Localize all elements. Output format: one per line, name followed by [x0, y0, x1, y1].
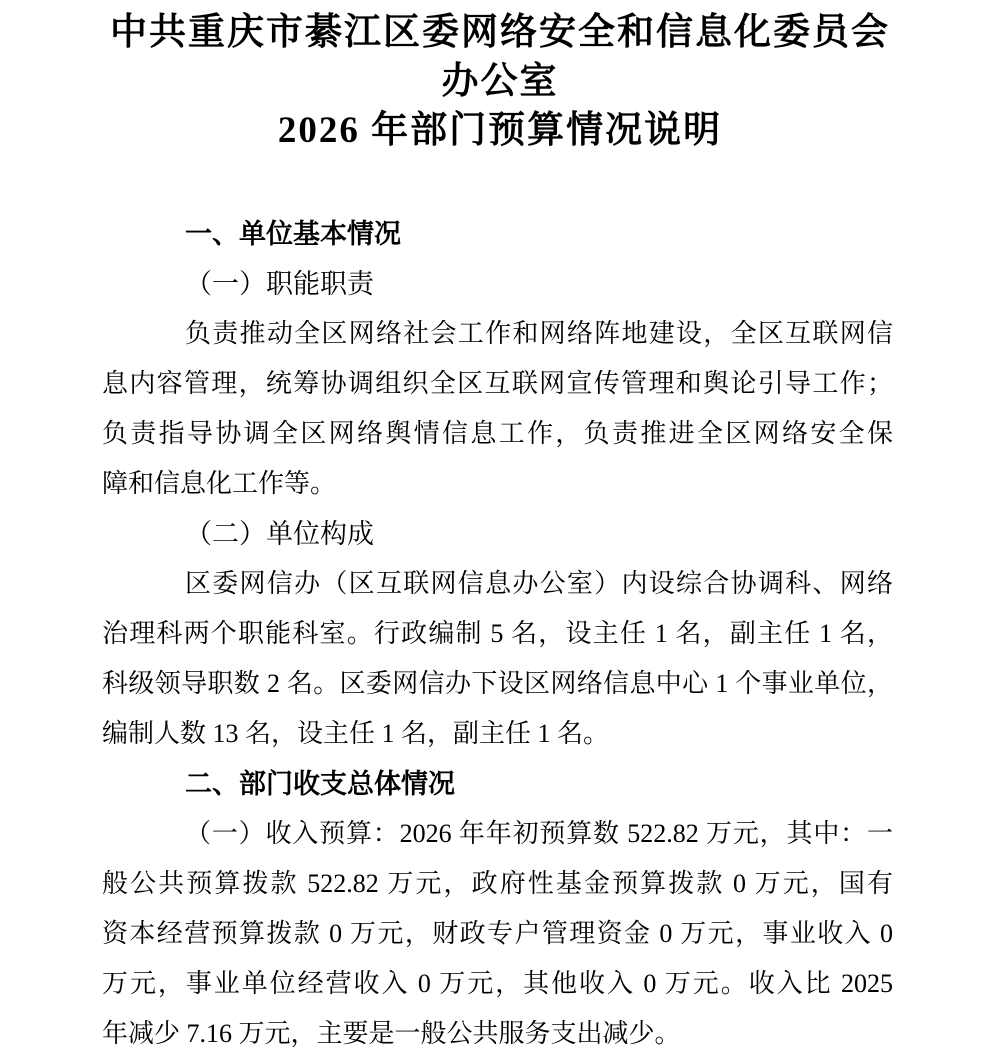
para-budget-line-2: 般公共预算拨款 522.82 万元，政府性基金预算拨款 0 万元，国有	[102, 859, 893, 909]
title-line-2: 办公室	[0, 57, 1000, 106]
heading-section-two: 二、部门收支总体情况	[102, 759, 893, 809]
document-body: 一、单位基本情况 （一）职能职责 负责推动全区网络社会工作和网络阵地建设，全区互…	[102, 209, 893, 1059]
subheading-duties: （一）职能职责	[102, 259, 893, 309]
para-composition-line-2: 治理科两个职能科室。行政编制 5 名，设主任 1 名，副主任 1 名，	[102, 609, 893, 659]
para-duties-line-2: 息内容管理，统筹协调组织全区互联网宣传管理和舆论引导工作；	[102, 359, 893, 409]
document-page: 中共重庆市綦江区委网络安全和信息化委员会 办公室 2026 年部门预算情况说明 …	[0, 0, 1000, 1063]
para-duties-line-1: 负责推动全区网络社会工作和网络阵地建设，全区互联网信	[102, 309, 893, 359]
para-composition-line-3: 科级领导职数 2 名。区委网信办下设区网络信息中心 1 个事业单位，	[102, 659, 893, 709]
para-budget-line-1: （一）收入预算：2026 年年初预算数 522.82 万元，其中：一	[102, 809, 893, 859]
para-budget-line-3: 资本经营预算拨款 0 万元，财政专户管理资金 0 万元，事业收入 0	[102, 909, 893, 959]
heading-section-one: 一、单位基本情况	[102, 209, 893, 259]
title-line-1: 中共重庆市綦江区委网络安全和信息化委员会	[0, 8, 1000, 57]
para-composition-line-4: 编制人数 13 名，设主任 1 名，副主任 1 名。	[102, 709, 893, 759]
para-duties-line-3: 负责指导协调全区网络舆情信息工作，负责推进全区网络安全保	[102, 409, 893, 459]
title-line-3: 2026 年部门预算情况说明	[0, 106, 1000, 155]
subheading-composition: （二）单位构成	[102, 509, 893, 559]
para-composition-line-1: 区委网信办（区互联网信息办公室）内设综合协调科、网络	[102, 559, 893, 609]
para-budget-line-5: 年减少 7.16 万元，主要是一般公共服务支出减少。	[102, 1009, 893, 1059]
document-title: 中共重庆市綦江区委网络安全和信息化委员会 办公室 2026 年部门预算情况说明	[0, 0, 1000, 155]
para-budget-line-4: 万元，事业单位经营收入 0 万元，其他收入 0 万元。收入比 2025	[102, 959, 893, 1009]
para-duties-line-4: 障和信息化工作等。	[102, 459, 893, 509]
